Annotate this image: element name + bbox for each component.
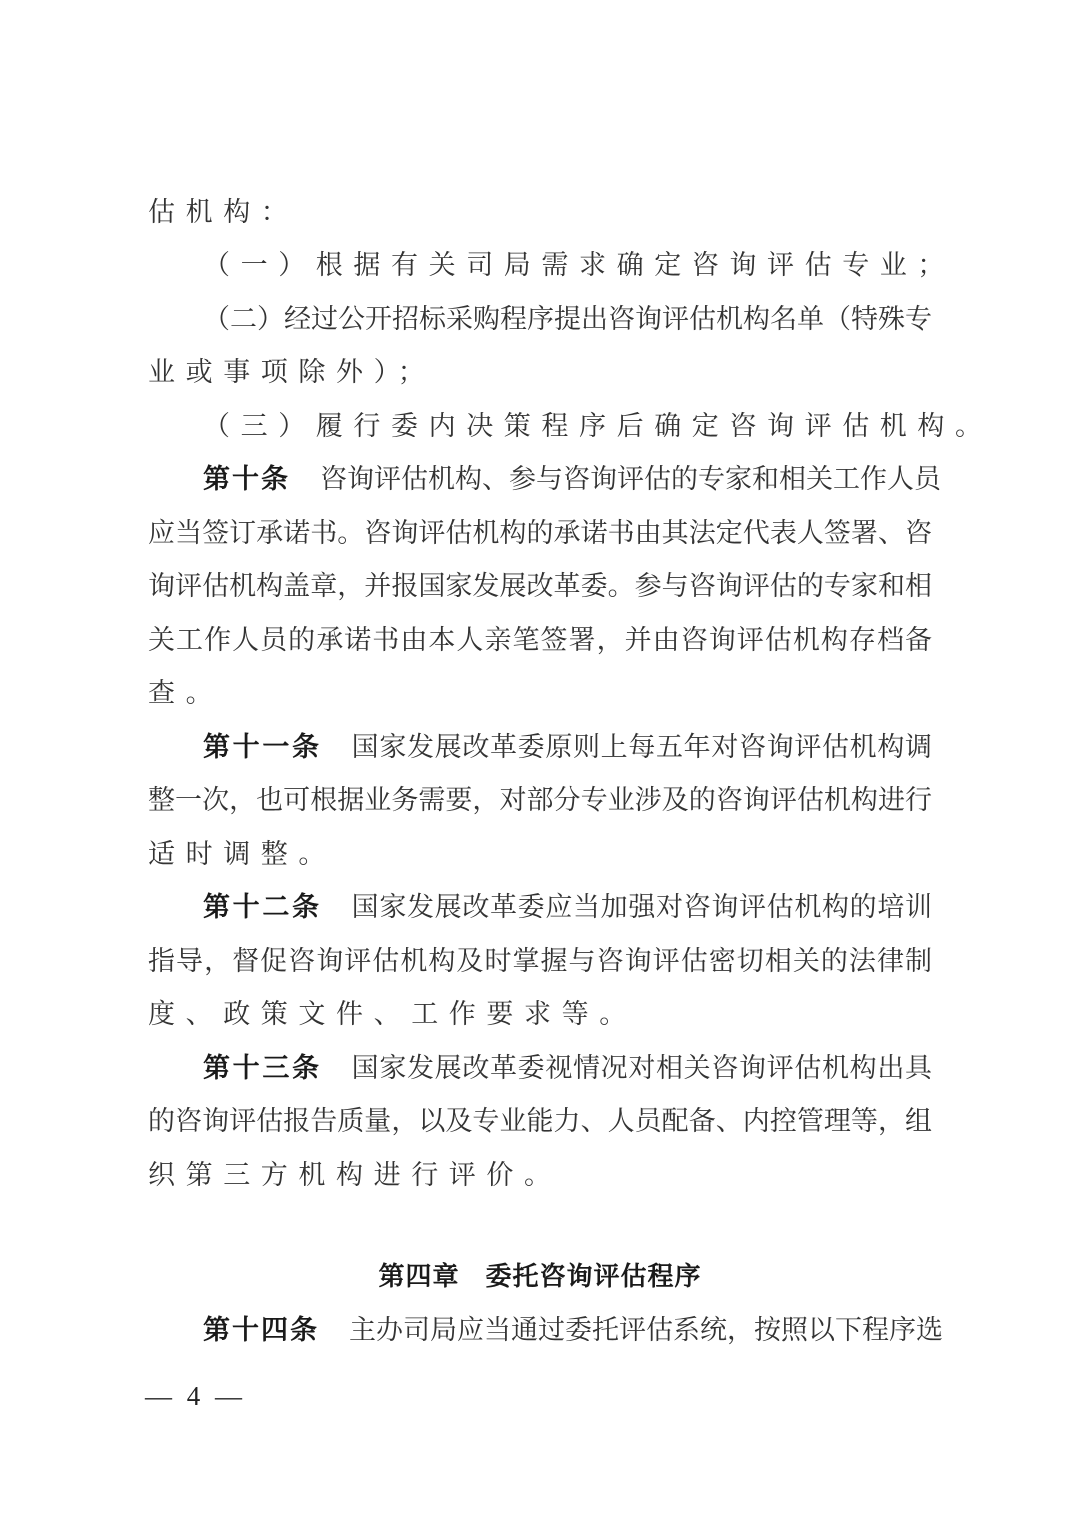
page-number: — 4 —	[145, 1376, 246, 1416]
article-10-title: 第十条	[203, 464, 290, 495]
article-10-line-5: 查。	[148, 674, 938, 714]
article-13-line-1: 国家发展改革委视情况对相关咨询评估机构出具	[352, 1053, 932, 1084]
article-13-line-3: 织第三方机构进行评价。	[148, 1156, 938, 1196]
article-10-line-2: 应当签订承诺书。咨询评估机构的承诺书由其法定代表人签署、咨	[148, 514, 932, 554]
chapter-title: 委托咨询评估程序	[486, 1262, 702, 1292]
list-item-2: （二）经过公开招标采购程序提出咨询评估机构名单（特殊专	[203, 300, 932, 340]
article-12-title: 第十二条	[203, 892, 322, 923]
article-10: 第十条咨询评估机构、参与咨询评估的专家和相关工作人员	[203, 460, 932, 500]
article-13-title: 第十三条	[203, 1053, 322, 1084]
article-12-line-3: 度、政策文件、工作要求等。	[148, 995, 938, 1035]
article-10-line-1: 咨询评估机构、参与咨询评估的专家和相关工作人员	[320, 464, 941, 495]
article-11-title: 第十一条	[203, 732, 322, 763]
article-13: 第十三条国家发展改革委视情况对相关咨询评估机构出具	[203, 1049, 932, 1089]
article-12-line-1: 国家发展改革委应当加强对咨询评估机构的培训	[352, 892, 932, 923]
document-page: 估机构： （一）根据有关司局需求确定咨询评估专业； （二）经过公开招标采购程序提…	[0, 0, 1080, 1527]
article-11: 第十一条国家发展改革委原则上每五年对咨询评估机构调	[203, 728, 932, 768]
article-10-line-4: 关工作人员的承诺书由本人亲笔签署，并由咨询评估机构存档备	[148, 621, 932, 661]
article-10-line-3: 询评估机构盖章，并报国家发展改革委。参与咨询评估的专家和相	[148, 567, 932, 607]
list-item-1: （一）根据有关司局需求确定咨询评估专业；	[203, 246, 993, 286]
article-13-line-2: 的咨询评估报告质量，以及专业能力、人员配备、内控管理等，组	[148, 1102, 932, 1142]
article-14: 第十四条主办司局应当通过委托评估系统，按照以下程序选	[203, 1311, 932, 1351]
article-14-line-1: 主办司局应当通过委托评估系统，按照以下程序选	[349, 1315, 943, 1346]
chapter-heading: 第四章委托咨询评估程序	[0, 1257, 1080, 1297]
list-item-2-cont: 业或事项除外）；	[148, 353, 938, 393]
article-14-title: 第十四条	[203, 1315, 319, 1346]
list-item-3: （三）履行委内决策程序后确定咨询评估机构。	[203, 407, 993, 447]
chapter-number: 第四章	[378, 1262, 459, 1292]
article-12-line-2: 指导，督促咨询评估机构及时掌握与咨询评估密切相关的法律制	[148, 942, 932, 982]
article-11-line-3: 适时调整。	[148, 835, 938, 875]
article-12: 第十二条国家发展改革委应当加强对咨询评估机构的培训	[203, 888, 932, 928]
article-11-line-1: 国家发展改革委原则上每五年对咨询评估机构调	[352, 732, 932, 763]
paragraph-continuation: 估机构：	[148, 193, 938, 233]
article-11-line-2: 整一次，也可根据业务需要，对部分专业涉及的咨询评估机构进行	[148, 781, 932, 821]
